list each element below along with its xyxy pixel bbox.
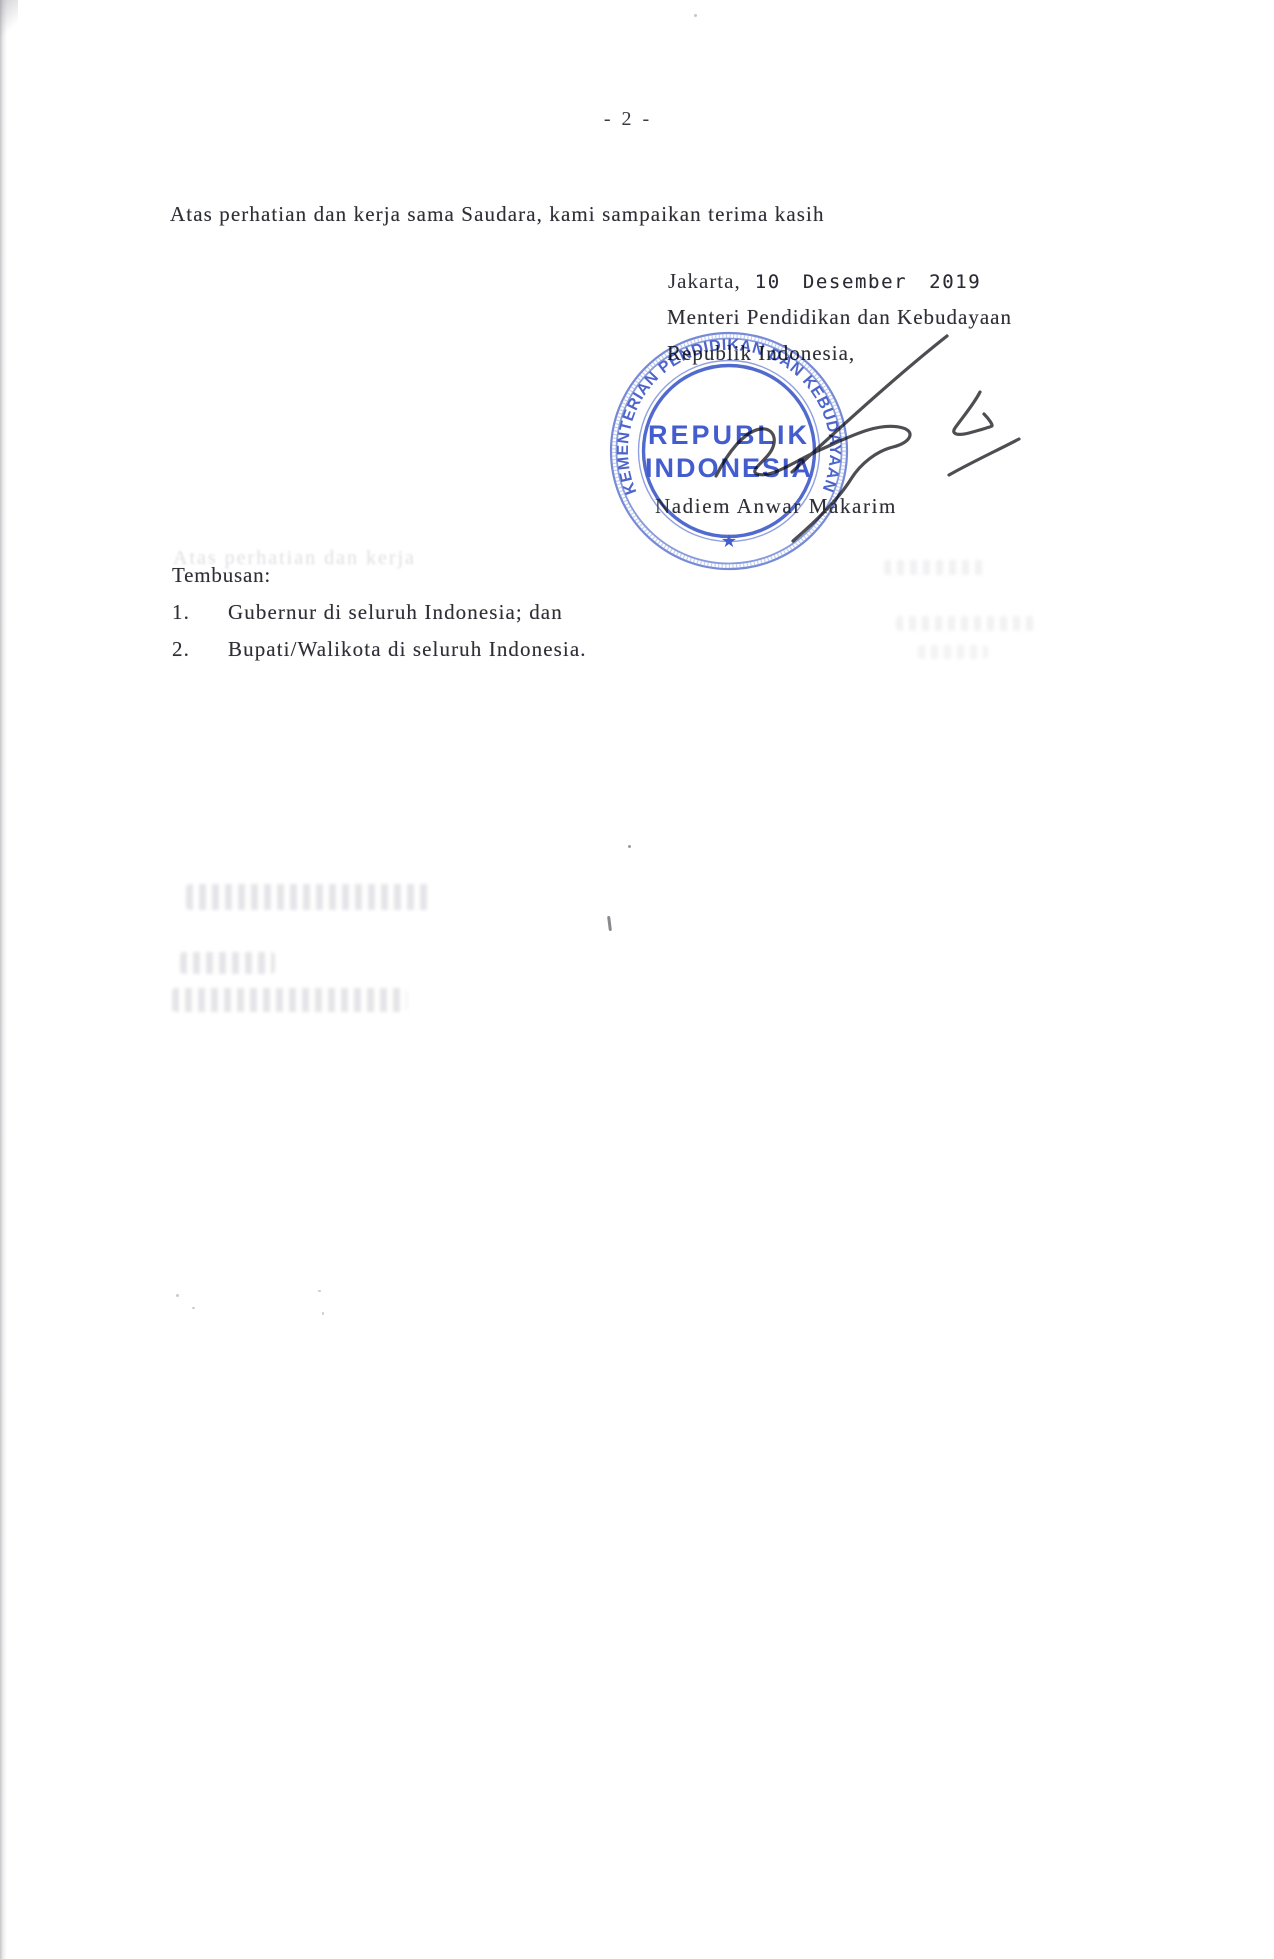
bleed-smudge xyxy=(180,952,275,974)
tembusan-item-number: 1. xyxy=(172,600,190,625)
date-city: Jakarta, xyxy=(668,269,741,293)
bleed-smudge xyxy=(186,884,431,910)
ink-speck xyxy=(628,845,631,848)
bleed-smudge xyxy=(896,616,1036,631)
ink-speck xyxy=(322,1312,324,1315)
scan-edge-shadow xyxy=(0,0,7,1959)
signature xyxy=(600,320,1060,580)
date-value: 10 Desember 2019 xyxy=(755,271,982,293)
ink-speck xyxy=(694,14,697,17)
signature-ink-icon xyxy=(600,320,1060,580)
closing-line: Atas perhatian dan kerja sama Saudara, k… xyxy=(170,202,825,227)
tembusan-item-text: Bupati/Walikota di seluruh Indonesia. xyxy=(228,637,587,662)
ink-speck xyxy=(176,1294,179,1297)
tembusan-item-text: Gubernur di seluruh Indonesia; dan xyxy=(228,600,563,625)
document-page: - 2 - Atas perhatian dan kerja sama Saud… xyxy=(0,0,1274,1959)
bleed-smudge xyxy=(884,560,988,575)
ink-speck xyxy=(318,1290,321,1292)
signer-name: Nadiem Anwar Makarim xyxy=(655,494,897,519)
date-line: Jakarta,10 Desember 2019 xyxy=(668,269,981,294)
scan-corner-smudge xyxy=(0,0,18,40)
bleed-smudge xyxy=(918,645,988,659)
tembusan-item-number: 2. xyxy=(172,637,190,662)
ink-speck xyxy=(192,1307,195,1309)
tembusan-heading: Tembusan: xyxy=(172,563,271,588)
bleed-smudge xyxy=(172,988,407,1012)
page-number: - 2 - xyxy=(0,108,1256,131)
ink-speck xyxy=(607,916,612,931)
